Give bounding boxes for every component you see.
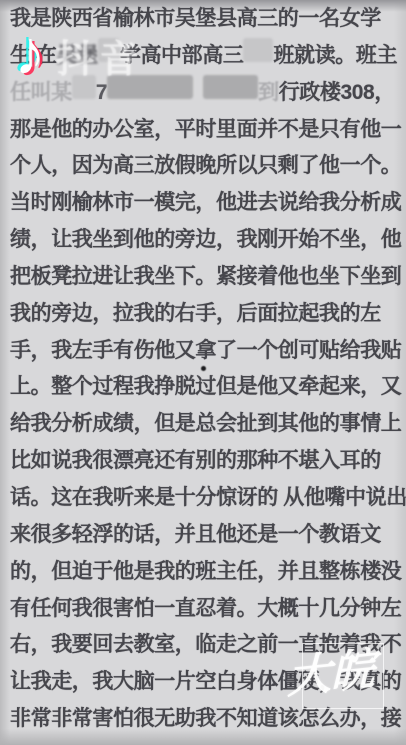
text-run: 当时刚榆林市一模完，他进去说给我分析成	[10, 191, 401, 214]
text-run: 生 在	[10, 44, 57, 67]
text-line: 当时刚榆林市一模完，他进去说给我分析成	[10, 185, 398, 222]
censored-text: 吴堡	[57, 44, 98, 67]
screenshot-frame: 我是陕西省榆林市吴堡县高三的一名女学生 在吴堡学高中部高三班就读。班主任叫某7到…	[0, 0, 406, 745]
text-line: 个人，因为高三放假晚所以只剩了他一个。	[10, 148, 398, 185]
text-run: 话。这在我听来是十分惊讶的 从他嘴中说出	[10, 486, 406, 509]
censored-text: 到	[258, 81, 279, 104]
text-line: 比如说我很漂亮还有别的那种不堪入耳的	[10, 443, 398, 480]
text-line: 有任何我很害怕一直忍着。大概十几分钟左	[10, 591, 398, 628]
text-run: 比如说我很漂亮还有别的那种不堪入耳的	[10, 449, 381, 472]
text-line: 的，但迫于他是我的班主任，并且整栋楼没	[10, 554, 398, 591]
text-line: 给我分析成绩，但是总会扯到其他的事情上	[10, 406, 398, 443]
censored-text: 7	[96, 81, 107, 104]
text-run: 手，我左手有伤他又拿了一个创可贴给我贴	[10, 339, 401, 362]
censor-block	[107, 75, 193, 99]
text-line: 我的旁边，拉我的右手，后面拉起我的左	[10, 296, 398, 333]
text-run: 我是陕西省榆林市吴堡县高三的一名女学	[10, 7, 381, 30]
text-run: 的，但迫于他是我的班主任，并且整栋楼没	[10, 560, 401, 583]
censored-text: 任叫某	[10, 81, 72, 104]
text-line: 生 在吴堡学高中部高三班就读。班主	[10, 38, 398, 75]
text-run: 来很多轻浮的话，并且他还是一个教语文	[10, 523, 381, 546]
text-run: 学高中部高三	[120, 44, 244, 67]
dawan-news-watermark: 大皖	[302, 643, 384, 709]
text-line: 绩，让我坐到他的旁边，我刚开始不坐，他	[10, 222, 398, 259]
text-run: 上。整个过程我挣脱过但是他又牵起来，又	[10, 375, 401, 398]
text-run: 有任何我很害怕一直忍着。大概十几分钟左	[10, 597, 401, 620]
text-line: 任叫某7到行政楼308，	[10, 75, 398, 112]
text-run: 我的旁边，拉我的右手，后面拉起我的左	[10, 302, 381, 325]
censor-block	[72, 75, 96, 99]
text-line: 那是他的办公室，平时里面并不是只有他一	[10, 112, 398, 149]
ink-dot-artifact	[201, 366, 206, 371]
text-run: 把板凳拉进让我坐下。紧接着他也坐下坐到	[10, 265, 401, 288]
text-run: 行政楼308，	[279, 81, 395, 104]
censor-block	[98, 38, 120, 62]
censor-block	[203, 75, 258, 99]
dawan-watermark-label: 大皖	[287, 630, 396, 706]
censor-block	[243, 38, 273, 62]
text-run: 绩，让我坐到他的旁边，我刚开始不坐，他	[10, 228, 401, 251]
text-line: 来很多轻浮的话，并且他还是一个教语文	[10, 517, 398, 554]
text-run: 班就读。班主	[273, 44, 397, 67]
text-run: 个人，因为高三放假晚所以只剩了他一个。	[10, 154, 401, 177]
text-line: 上。整个过程我挣脱过但是他又牵起来，又	[10, 369, 398, 406]
text-line: 手，我左手有伤他又拿了一个创可贴给我贴	[10, 333, 398, 370]
text-line: 话。这在我听来是十分惊讶的 从他嘴中说出	[10, 480, 398, 517]
text-run: 那是他的办公室，平时里面并不是只有他一	[10, 118, 401, 141]
text-line: 把板凳拉进让我坐下。紧接着他也坐下坐到	[10, 259, 398, 296]
text-run: 非常非常害怕很无助我不知道该怎么办，接	[10, 707, 401, 730]
text-line: 我是陕西省榆林市吴堡县高三的一名女学	[10, 1, 398, 38]
text-run: 给我分析成绩，但是总会扯到其他的事情上	[10, 412, 401, 435]
